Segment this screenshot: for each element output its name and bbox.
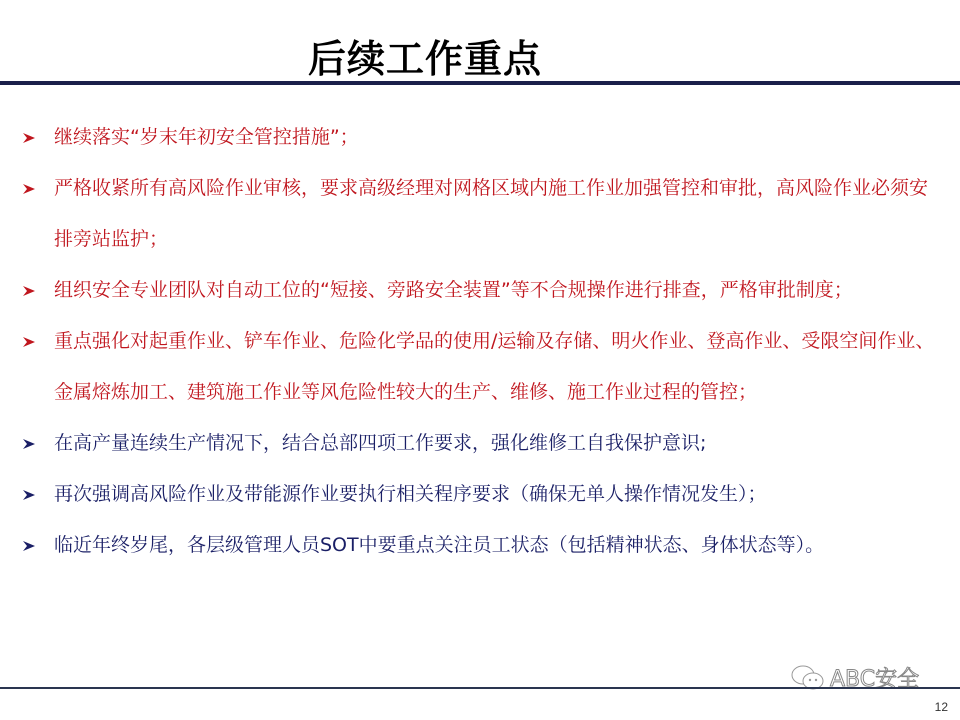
title-divider xyxy=(0,81,960,85)
arrow-bullet-icon xyxy=(22,163,42,214)
bullet-text: 继续落实“岁末年初安全管控措施”； xyxy=(54,126,359,148)
bullet-text: 重点强化对起重作业、铲车作业、危险化学品的使用/运输及存储、明火作业、登高作业、… xyxy=(54,330,934,403)
bullet-text: 组织安全专业团队对自动工位的“短接、旁路安全装置”等不合规操作进行排查，严格审批… xyxy=(54,279,853,301)
bullet-item: 组织安全专业团队对自动工位的“短接、旁路安全装置”等不合规操作进行排查，严格审批… xyxy=(22,265,942,316)
slide-title: 后续工作重点 xyxy=(308,28,542,83)
bullet-text: 临近年终岁尾，各层级管理人员SOT中要重点关注员工状态（包括精神状态、身体状态等… xyxy=(54,534,824,556)
bullet-item: 在高产量连续生产情况下，结合总部四项工作要求，强化维修工自我保护意识; xyxy=(22,418,942,469)
bullet-list: 继续落实“岁末年初安全管控措施”； 严格收紧所有高风险作业审核，要求高级经理对网… xyxy=(22,112,942,571)
arrow-bullet-icon xyxy=(22,316,42,367)
arrow-bullet-icon xyxy=(22,418,42,469)
bullet-item: 继续落实“岁末年初安全管控措施”； xyxy=(22,112,942,163)
page-number: 12 xyxy=(935,700,948,714)
bullet-item: 重点强化对起重作业、铲车作业、危险化学品的使用/运输及存储、明火作业、登高作业、… xyxy=(22,316,942,418)
bullet-text: 再次强调高风险作业及带能源作业要执行相关程序要求（确保无单人操作情况发生）； xyxy=(54,483,767,505)
bullet-text: 严格收紧所有高风险作业审核，要求高级经理对网格区域内施工作业加强管控和审批，高风… xyxy=(54,177,928,250)
bullet-item: 严格收紧所有高风险作业审核，要求高级经理对网格区域内施工作业加强管控和审批，高风… xyxy=(22,163,942,265)
arrow-bullet-icon xyxy=(22,265,42,316)
arrow-bullet-icon xyxy=(22,520,42,571)
arrow-bullet-icon xyxy=(22,112,42,163)
arrow-bullet-icon xyxy=(22,469,42,520)
bullet-text: 在高产量连续生产情况下，结合总部四项工作要求，强化维修工自我保护意识; xyxy=(54,432,706,454)
bullet-item: 再次强调高风险作业及带能源作业要执行相关程序要求（确保无单人操作情况发生）； xyxy=(22,469,942,520)
bullet-item: 临近年终岁尾，各层级管理人员SOT中要重点关注员工状态（包括精神状态、身体状态等… xyxy=(22,520,942,571)
footer-divider xyxy=(0,687,960,689)
